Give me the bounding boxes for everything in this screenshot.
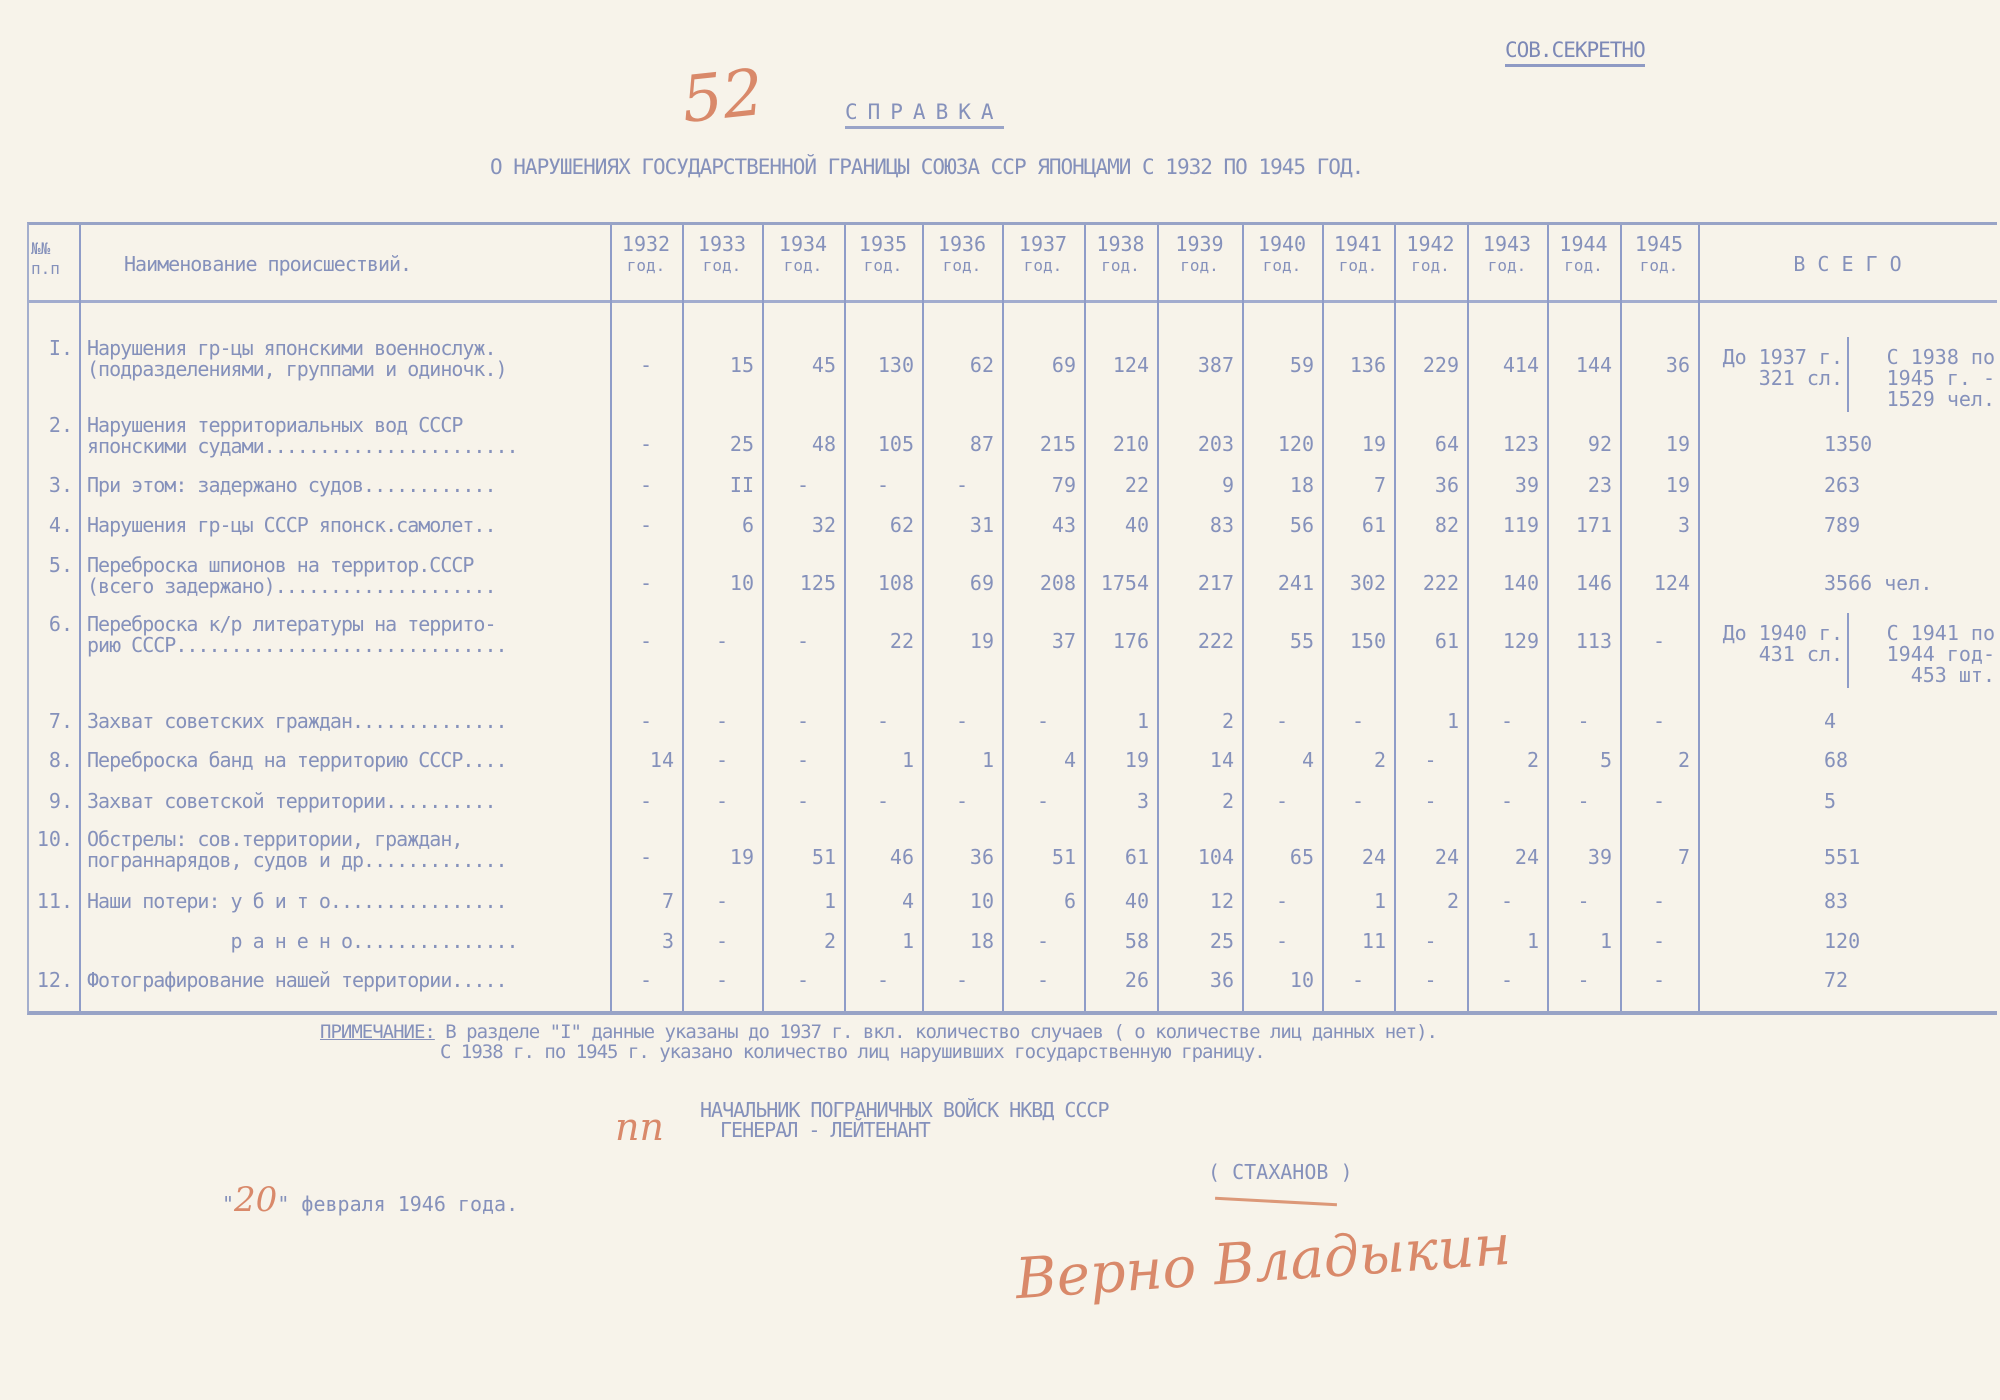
table-cell: 62 <box>922 355 994 376</box>
row-label: Переброска к/р литературы на террито- ри… <box>87 614 507 656</box>
year-header-1932: 1932год. <box>610 233 682 277</box>
table-cell: 1 <box>844 931 914 952</box>
row-total: 551 <box>1749 847 2000 868</box>
table-cell: 61 <box>1322 515 1386 536</box>
table-cell: - <box>844 475 922 496</box>
row-total: 120 <box>1749 931 2000 952</box>
column-divider <box>1698 225 1700 1011</box>
table-cell: 32 <box>762 515 836 536</box>
table-cell: 58 <box>1084 931 1149 952</box>
table-cell: - <box>1242 711 1322 732</box>
table-cell: 113 <box>1547 631 1612 652</box>
table-cell: 146 <box>1547 573 1612 594</box>
year-header-1935: 1935год. <box>844 233 922 277</box>
table-cell: 203 <box>1157 434 1234 455</box>
row-number: 4. <box>29 515 73 536</box>
table-cell: - <box>1002 970 1084 991</box>
table-cell: - <box>682 750 762 771</box>
year-header-1943: 1943год. <box>1467 233 1547 277</box>
year-label: 1932 <box>610 233 682 255</box>
row-label: Обстрелы: сов.территории, граждан, погра… <box>87 829 507 871</box>
year-header-1945: 1945год. <box>1620 233 1698 277</box>
row-number: 9. <box>29 791 73 812</box>
col-total-header: В С Е Г О <box>1698 253 1997 275</box>
table-cell: 51 <box>1002 847 1076 868</box>
table-cell: II <box>682 475 754 496</box>
row-label: При этом: задержано судов............ <box>87 475 496 496</box>
table-cell: 105 <box>844 434 914 455</box>
table-cell: - <box>1242 791 1322 812</box>
year-label: 1943 <box>1467 233 1547 255</box>
table-cell: 4 <box>844 891 914 912</box>
row-number: 12. <box>29 970 73 991</box>
table-cell: - <box>682 791 762 812</box>
table-cell: - <box>610 847 682 868</box>
table-cell: - <box>1002 791 1084 812</box>
table-cell: 124 <box>1620 573 1690 594</box>
row-total: 83 <box>1749 891 2000 912</box>
table-cell: - <box>1242 891 1322 912</box>
table-cell: 10 <box>1242 970 1314 991</box>
table-cell: 37 <box>1002 631 1076 652</box>
table-cell: - <box>922 970 1002 991</box>
row-label: Переброска шпионов на территор.СССР (все… <box>87 555 496 597</box>
year-suffix: год. <box>1394 255 1467 277</box>
year-suffix: год. <box>922 255 1002 277</box>
table-cell: 18 <box>1242 475 1314 496</box>
row-total: 1350 <box>1749 434 2000 455</box>
table-cell: 22 <box>844 631 914 652</box>
year-label: 1933 <box>682 233 762 255</box>
footnote-line2: С 1938 г. по 1945 г. указано количество … <box>320 1041 1265 1063</box>
table-cell: 26 <box>1084 970 1149 991</box>
table-cell: 387 <box>1157 355 1234 376</box>
table-cell: 144 <box>1547 355 1612 376</box>
row-number: 8. <box>29 750 73 771</box>
document-subtitle: О НАРУШЕНИЯХ ГОСУДАРСТВЕННОЙ ГРАНИЦЫ СОЮ… <box>490 155 1363 179</box>
table-cell: 2 <box>1157 711 1234 732</box>
table-cell: 1 <box>1394 711 1459 732</box>
position-line1: НАЧАЛЬНИК ПОГРАНИЧНЫХ ВОЙСК НКВД СССР <box>700 1100 1109 1120</box>
document-title: СПРАВКА <box>845 100 1004 129</box>
table-cell: 1 <box>1467 931 1539 952</box>
row-label: Нарушения гр-цы японскими военнослуж. (п… <box>87 338 507 380</box>
table-cell: - <box>1322 791 1394 812</box>
table-cell: 19 <box>682 847 754 868</box>
header-divider <box>29 300 1997 303</box>
date-quote-open: " <box>222 1192 234 1216</box>
handwritten-initials: пп <box>615 1105 664 1149</box>
year-label: 1938 <box>1084 233 1157 255</box>
table-cell: 10 <box>922 891 994 912</box>
table-cell: 40 <box>1084 515 1149 536</box>
position-line2: ГЕНЕРАЛ - ЛЕЙТЕНАНТ <box>700 1120 1109 1140</box>
table-cell: - <box>1620 931 1698 952</box>
table-cell: 6 <box>1002 891 1076 912</box>
table-cell: 222 <box>1157 631 1234 652</box>
table-cell: 31 <box>922 515 994 536</box>
total-split-divider <box>1847 613 1849 688</box>
table-cell: 24 <box>1394 847 1459 868</box>
table-cell: - <box>610 791 682 812</box>
table-cell: 241 <box>1242 573 1314 594</box>
table-cell: - <box>610 475 682 496</box>
table-cell: - <box>1547 891 1620 912</box>
table-cell: - <box>762 475 844 496</box>
year-label: 1940 <box>1242 233 1322 255</box>
table-cell: - <box>682 631 762 652</box>
table-cell: - <box>1620 791 1698 812</box>
year-header-1936: 1936год. <box>922 233 1002 277</box>
table-cell: 7 <box>1620 847 1690 868</box>
table-cell: 56 <box>1242 515 1314 536</box>
date-day-handwritten: 20 <box>234 1180 277 1220</box>
table-cell: - <box>610 631 682 652</box>
table-cell: 24 <box>1322 847 1386 868</box>
table-cell: 14 <box>1157 750 1234 771</box>
table-cell: - <box>1547 711 1620 732</box>
table-cell: - <box>844 711 922 732</box>
row-number: 5. <box>29 555 73 576</box>
year-suffix: год. <box>610 255 682 277</box>
year-suffix: год. <box>844 255 922 277</box>
table-cell: 123 <box>1467 434 1539 455</box>
table-cell: 69 <box>1002 355 1076 376</box>
page-number-handwritten: 52 <box>678 56 767 138</box>
table-cell: 120 <box>1242 434 1314 455</box>
year-suffix: год. <box>1242 255 1322 277</box>
table-cell: 23 <box>1547 475 1612 496</box>
row-number: 10. <box>29 829 73 850</box>
total-split-right: С 1938 по 1945 г. - 1529 чел. <box>1855 347 1995 410</box>
table-cell: 11 <box>1322 931 1386 952</box>
table-cell: 39 <box>1467 475 1539 496</box>
table-cell: 83 <box>1157 515 1234 536</box>
table-cell: - <box>1002 931 1084 952</box>
table-cell: 7 <box>610 891 674 912</box>
table-cell: 43 <box>1002 515 1076 536</box>
table-cell: 48 <box>762 434 836 455</box>
col-number-header: №№ п.п <box>29 239 81 279</box>
signatory-position: НАЧАЛЬНИК ПОГРАНИЧНЫХ ВОЙСК НКВД СССР ГЕ… <box>700 1100 1109 1140</box>
table-cell: - <box>1322 970 1394 991</box>
table-cell: 36 <box>1157 970 1234 991</box>
table-cell: - <box>610 970 682 991</box>
year-header-1939: 1939год. <box>1157 233 1242 277</box>
table-cell: - <box>762 970 844 991</box>
table-cell: - <box>1394 791 1467 812</box>
table-cell: 18 <box>922 931 994 952</box>
row-total: 263 <box>1749 475 2000 496</box>
table-cell: 2 <box>762 931 836 952</box>
table-cell: - <box>682 970 762 991</box>
table-cell: 302 <box>1322 573 1386 594</box>
year-suffix: год. <box>1084 255 1157 277</box>
table-cell: - <box>1394 970 1467 991</box>
row-label: Нарушения гр-цы СССР японск.самолет.. <box>87 515 496 536</box>
table-cell: 87 <box>922 434 994 455</box>
table-cell: 176 <box>1084 631 1149 652</box>
table-cell: 3 <box>1620 515 1690 536</box>
table-cell: 229 <box>1394 355 1459 376</box>
row-number: 11. <box>29 891 73 912</box>
table-cell: 210 <box>1084 434 1149 455</box>
table-cell: - <box>610 711 682 732</box>
table-cell: - <box>1467 891 1547 912</box>
table-cell: 51 <box>762 847 836 868</box>
table-cell: 25 <box>1157 931 1234 952</box>
row-number: 7. <box>29 711 73 732</box>
year-label: 1944 <box>1547 233 1620 255</box>
table-cell: 24 <box>1467 847 1539 868</box>
table-cell: 1 <box>1547 931 1612 952</box>
year-label: 1935 <box>844 233 922 255</box>
table-cell: 40 <box>1084 891 1149 912</box>
table-cell: - <box>1620 891 1698 912</box>
footnote-line1: В разделе "I" данные указаны до 1937 г. … <box>435 1021 1437 1043</box>
table-cell: - <box>1002 711 1084 732</box>
table-cell: 119 <box>1467 515 1539 536</box>
total-split-left: До 1937 г. 321 сл. <box>1701 347 1843 389</box>
row-label: Переброска банд на территорию СССР.... <box>87 750 507 771</box>
table-cell: 14 <box>610 750 674 771</box>
row-number: 6. <box>29 614 73 635</box>
row-number: I. <box>29 338 73 359</box>
row-total: 5 <box>1749 791 2000 812</box>
table-cell: 130 <box>844 355 914 376</box>
row-number: 3. <box>29 475 73 496</box>
table-cell: - <box>1620 631 1698 652</box>
year-header-1940: 1940год. <box>1242 233 1322 277</box>
table-cell: - <box>922 791 1002 812</box>
table-cell: 414 <box>1467 355 1539 376</box>
table-cell: - <box>922 475 1002 496</box>
table-cell: - <box>762 791 844 812</box>
row-total: 789 <box>1749 515 2000 536</box>
row-number: 2. <box>29 415 73 436</box>
year-header-1944: 1944год. <box>1547 233 1620 277</box>
table-cell: 19 <box>1322 434 1386 455</box>
classification-stamp: СОВ.СЕКРЕТНО <box>1505 38 1645 67</box>
year-suffix: год. <box>682 255 762 277</box>
table-cell: - <box>844 970 922 991</box>
table-cell: 171 <box>1547 515 1612 536</box>
table-cell: - <box>610 434 682 455</box>
table-cell: 3 <box>610 931 674 952</box>
year-header-1941: 1941год. <box>1322 233 1394 277</box>
table-cell: 7 <box>1322 475 1386 496</box>
table-cell: 19 <box>1620 475 1690 496</box>
table-cell: 4 <box>1242 750 1314 771</box>
table-cell: - <box>762 750 844 771</box>
table-cell: 124 <box>1084 355 1149 376</box>
footnote: ПРИМЕЧАНИЕ: В разделе "I" данные указаны… <box>320 1022 1437 1062</box>
table-cell: 92 <box>1547 434 1612 455</box>
year-label: 1941 <box>1322 233 1394 255</box>
table-cell: - <box>610 573 682 594</box>
table-cell: 208 <box>1002 573 1076 594</box>
table-cell: 36 <box>1394 475 1459 496</box>
year-label: 1937 <box>1002 233 1084 255</box>
table-cell: 140 <box>1467 573 1539 594</box>
table-cell: 10 <box>682 573 754 594</box>
footnote-label: ПРИМЕЧАНИЕ: <box>320 1021 435 1043</box>
table-cell: 15 <box>682 355 754 376</box>
table-cell: - <box>1467 970 1547 991</box>
table-cell: 136 <box>1322 355 1386 376</box>
year-header-1937: 1937год. <box>1002 233 1084 277</box>
signature-underline <box>1215 1197 1337 1206</box>
table-cell: 2 <box>1394 891 1459 912</box>
table-cell: 64 <box>1394 434 1459 455</box>
table-cell: - <box>1467 791 1547 812</box>
table-cell: 222 <box>1394 573 1459 594</box>
table-cell: 215 <box>1002 434 1076 455</box>
table-cell: - <box>762 631 844 652</box>
table-cell: 36 <box>922 847 994 868</box>
incidents-table: №№ п.п Наименование происшествий. В С Е … <box>27 222 1997 1015</box>
table-cell: 1754 <box>1084 573 1149 594</box>
row-label: Фотографирование нашей территории..... <box>87 970 507 991</box>
table-cell: - <box>1322 711 1394 732</box>
year-label: 1945 <box>1620 233 1698 255</box>
table-cell: 1 <box>922 750 994 771</box>
table-cell: - <box>844 791 922 812</box>
year-header-1938: 1938год. <box>1084 233 1157 277</box>
row-total: 3566 чел. <box>1749 573 2000 594</box>
table-cell: 6 <box>682 515 754 536</box>
table-cell: 55 <box>1242 631 1314 652</box>
table-cell: 62 <box>844 515 914 536</box>
table-cell: 2 <box>1467 750 1539 771</box>
table-cell: 19 <box>1084 750 1149 771</box>
table-cell: 4 <box>1002 750 1076 771</box>
table-cell: - <box>610 355 682 376</box>
table-cell: 1 <box>762 891 836 912</box>
year-label: 1934 <box>762 233 844 255</box>
total-split-right: С 1941 по 1944 год- 453 шт. <box>1855 623 1995 686</box>
table-cell: 61 <box>1084 847 1149 868</box>
table-cell: 1 <box>1322 891 1386 912</box>
row-total: 4 <box>1749 711 2000 732</box>
year-suffix: год. <box>1157 255 1242 277</box>
table-cell: - <box>1620 711 1698 732</box>
year-header-1942: 1942год. <box>1394 233 1467 277</box>
year-suffix: год. <box>762 255 844 277</box>
handwritten-certification-signature: Верно Владыкин <box>1013 1213 1513 1312</box>
row-label: Захват советских граждан.............. <box>87 711 507 732</box>
table-cell: - <box>1242 931 1322 952</box>
table-cell: - <box>762 711 844 732</box>
year-suffix: год. <box>1002 255 1084 277</box>
year-header-1933: 1933год. <box>682 233 762 277</box>
table-cell: - <box>1547 791 1620 812</box>
table-cell: 39 <box>1547 847 1612 868</box>
table-cell: 1 <box>1084 711 1149 732</box>
table-cell: - <box>1620 970 1698 991</box>
table-cell: 108 <box>844 573 914 594</box>
table-cell: - <box>922 711 1002 732</box>
table-cell: - <box>1394 750 1467 771</box>
table-cell: 69 <box>922 573 994 594</box>
year-suffix: год. <box>1620 255 1698 277</box>
year-label: 1936 <box>922 233 1002 255</box>
total-split-divider <box>1847 337 1849 412</box>
year-suffix: год. <box>1322 255 1394 277</box>
signatory-name: ( СТАХАНОВ ) <box>1208 1160 1353 1184</box>
table-cell: 2 <box>1322 750 1386 771</box>
table-cell: - <box>610 515 682 536</box>
date-rest: февраля 1946 года. <box>289 1192 518 1216</box>
table-cell: 12 <box>1157 891 1234 912</box>
document-date: "20" февраля 1946 года. <box>222 1180 518 1220</box>
column-divider <box>79 225 81 1011</box>
table-cell: 46 <box>844 847 914 868</box>
table-cell: 82 <box>1394 515 1459 536</box>
table-cell: 2 <box>1620 750 1690 771</box>
table-cell: 125 <box>762 573 836 594</box>
year-header-1934: 1934год. <box>762 233 844 277</box>
table-cell: 25 <box>682 434 754 455</box>
table-cell: 19 <box>922 631 994 652</box>
row-label: Захват советской территории.......... <box>87 791 496 812</box>
row-total: 68 <box>1749 750 2000 771</box>
row-total: 72 <box>1749 970 2000 991</box>
table-cell: 2 <box>1157 791 1234 812</box>
table-cell: - <box>1394 931 1467 952</box>
year-label: 1942 <box>1394 233 1467 255</box>
table-cell: 150 <box>1322 631 1386 652</box>
row-label: Нарушения территориальных вод СССР японс… <box>87 415 518 457</box>
table-cell: 45 <box>762 355 836 376</box>
table-cell: 104 <box>1157 847 1234 868</box>
table-cell: 1 <box>844 750 914 771</box>
col-name-header: Наименование происшествий. <box>124 253 411 275</box>
table-cell: - <box>682 711 762 732</box>
table-cell: 217 <box>1157 573 1234 594</box>
table-cell: 129 <box>1467 631 1539 652</box>
table-cell: 61 <box>1394 631 1459 652</box>
year-suffix: год. <box>1467 255 1547 277</box>
table-cell: 19 <box>1620 434 1690 455</box>
table-cell: 65 <box>1242 847 1314 868</box>
table-cell: - <box>682 931 762 952</box>
table-cell: 59 <box>1242 355 1314 376</box>
year-label: 1939 <box>1157 233 1242 255</box>
date-quote-close: " <box>277 1192 289 1216</box>
total-split-left: До 1940 г. 431 сл. <box>1701 623 1843 665</box>
table-cell: - <box>1467 711 1547 732</box>
table-cell: 79 <box>1002 475 1076 496</box>
table-cell: 3 <box>1084 791 1149 812</box>
table-cell: - <box>682 891 762 912</box>
table-cell: 9 <box>1157 475 1234 496</box>
table-cell: 5 <box>1547 750 1612 771</box>
table-cell: - <box>1547 970 1620 991</box>
row-label: Наши потери: у б и т о................ <box>87 891 507 912</box>
year-suffix: год. <box>1547 255 1620 277</box>
table-cell: 22 <box>1084 475 1149 496</box>
table-cell: 36 <box>1620 355 1690 376</box>
row-label: р а н е н о............... <box>87 931 518 952</box>
